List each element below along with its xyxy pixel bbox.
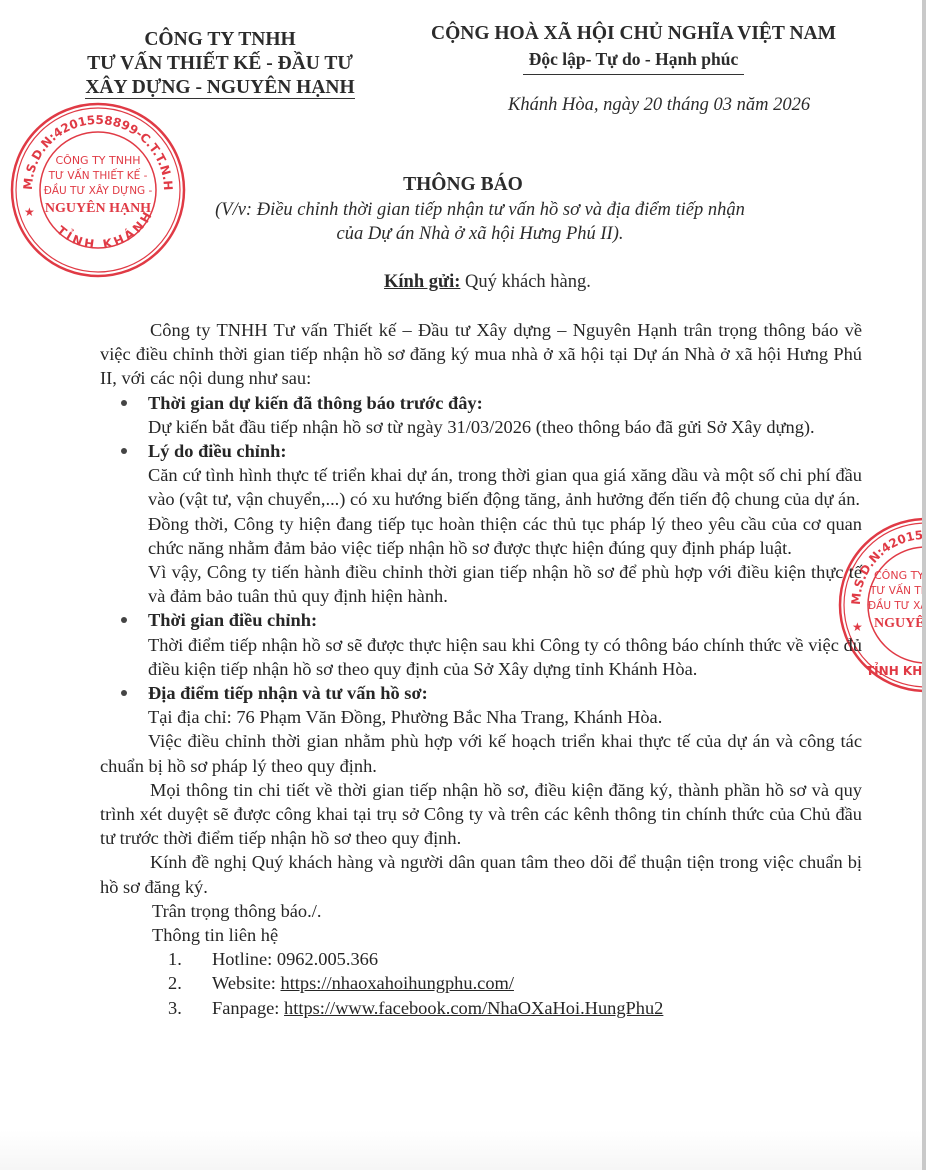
section-heading: Địa điểm tiếp nhận và tư vấn hồ sơ: xyxy=(148,681,862,705)
svg-text:TƯ VẤN THIẾT KẾ -: TƯ VẤN THIẾT KẾ - xyxy=(869,583,922,597)
nation-title: CỘNG HOÀ XÃ HỘI CHỦ NGHĨA VIỆT NAM xyxy=(396,22,871,46)
closing-paragraph: Việc điều chỉnh thời gian nhằm phù hợp v… xyxy=(100,729,862,777)
item-label: Website: xyxy=(212,971,276,995)
hotline-value: 0962.005.366 xyxy=(277,947,378,971)
item-label: Hotline: xyxy=(212,947,272,971)
section-paragraph: Vì vậy, Công ty tiến hành điều chỉnh thờ… xyxy=(148,560,862,608)
greeting-label: Kính gửi: xyxy=(384,272,460,292)
section-paragraph: Tại địa chỉ: 76 Phạm Văn Đồng, Phường Bắ… xyxy=(148,705,862,729)
contact-heading: Thông tin liên hệ xyxy=(100,923,862,947)
document-title: THÔNG BÁO xyxy=(0,174,926,196)
closing-paragraph: Kính đề nghị Quý khách hàng và người dân… xyxy=(100,850,862,898)
section-paragraph: Căn cứ tình hình thực tế triển khai dự á… xyxy=(148,463,862,511)
contact-item-website: 2. Website: https://nhaoxahoihungphu.com… xyxy=(168,971,862,995)
fanpage-link[interactable]: https://www.facebook.com/NhaOXaHoi.HungP… xyxy=(284,996,663,1020)
svg-text:NGUYÊN HẠNH: NGUYÊN HẠNH xyxy=(45,199,151,216)
section-reason: Lý do điều chỉnh: Căn cứ tình hình thực … xyxy=(100,439,862,608)
greeting-recipient: Quý khách hàng. xyxy=(460,272,591,292)
svg-text:ĐẦU TƯ XÂY DỰNG -: ĐẦU TƯ XÂY DỰNG - xyxy=(868,598,922,612)
company-line: CÔNG TY TNHH xyxy=(70,28,370,52)
motto: Độc lập- Tự do - Hạnh phúc xyxy=(523,46,745,75)
item-number: 3. xyxy=(168,996,212,1020)
contact-list: 1. Hotline: 0962.005.366 2. Website: htt… xyxy=(100,947,862,1020)
national-header: CỘNG HOÀ XÃ HỘI CHỦ NGHĨA VIỆT NAM Độc l… xyxy=(396,22,871,75)
section-previous-schedule: Thời gian dự kiến đã thông báo trước đây… xyxy=(100,391,862,439)
greeting: Kính gửi: Quý khách hàng. xyxy=(384,272,591,293)
bullet-icon xyxy=(121,617,127,623)
document-body: Công ty TNHH Tư vấn Thiết kế – Đầu tư Xâ… xyxy=(100,318,862,1020)
svg-text:★: ★ xyxy=(24,205,35,219)
intro-paragraph: Công ty TNHH Tư vấn Thiết kế – Đầu tư Xâ… xyxy=(100,318,862,391)
subject-line: của Dự án Nhà ở xã hội Hưng Phú II). xyxy=(150,222,810,246)
svg-text:TỈNH KH: TỈNH KH xyxy=(866,662,922,678)
website-link[interactable]: https://nhaoxahoihungphu.com/ xyxy=(281,971,514,995)
contact-item-fanpage: 3. Fanpage: https://www.facebook.com/Nha… xyxy=(168,996,862,1020)
company-line: XÂY DỰNG - NGUYÊN HẠNH xyxy=(85,77,354,99)
closing-paragraph: Mọi thông tin chi tiết về thời gian tiếp… xyxy=(100,778,862,851)
svg-text:NGUYÊN HẠNH: NGUYÊN HẠNH xyxy=(874,614,922,631)
scan-shade xyxy=(0,1130,922,1170)
section-adjusted-time: Thời gian điều chỉnh: Thời điểm tiếp nhậ… xyxy=(100,608,862,681)
item-label: Fanpage: xyxy=(212,996,279,1020)
contact-item-hotline: 1. Hotline: 0962.005.366 xyxy=(168,947,862,971)
item-number: 1. xyxy=(168,947,212,971)
item-number: 2. xyxy=(168,971,212,995)
company-line: TƯ VẤN THIẾT KẾ - ĐẦU TƯ xyxy=(70,52,370,76)
section-heading: Thời gian dự kiến đã thông báo trước đây… xyxy=(148,391,862,415)
svg-text:CÔNG TY TNHH: CÔNG TY TNHH xyxy=(55,154,140,167)
bullet-icon xyxy=(121,690,127,696)
bullet-icon xyxy=(121,448,127,454)
signoff: Trân trọng thông báo./. xyxy=(100,899,862,923)
subject-line: (V/v: Điều chỉnh thời gian tiếp nhận tư … xyxy=(150,198,810,222)
section-heading: Lý do điều chỉnh: xyxy=(148,439,862,463)
company-header: CÔNG TY TNHH TƯ VẤN THIẾT KẾ - ĐẦU TƯ XÂ… xyxy=(70,28,370,100)
bullet-icon xyxy=(121,400,127,406)
section-heading: Thời gian điều chỉnh: xyxy=(148,608,862,632)
date-line: Khánh Hòa, ngày 20 tháng 03 năm 2026 xyxy=(508,95,810,116)
section-paragraph: Thời điểm tiếp nhận hồ sơ sẽ được thực h… xyxy=(148,633,862,681)
section-paragraph: Đồng thời, Công ty hiện đang tiếp tục ho… xyxy=(148,512,862,560)
document-subject: (V/v: Điều chỉnh thời gian tiếp nhận tư … xyxy=(150,198,810,246)
svg-text:CÔNG TY TNHH: CÔNG TY TNHH xyxy=(874,569,922,582)
section-paragraph: Dự kiến bắt đầu tiếp nhận hồ sơ từ ngày … xyxy=(148,415,862,439)
section-location: Địa điểm tiếp nhận và tư vấn hồ sơ: Tại … xyxy=(100,681,862,729)
